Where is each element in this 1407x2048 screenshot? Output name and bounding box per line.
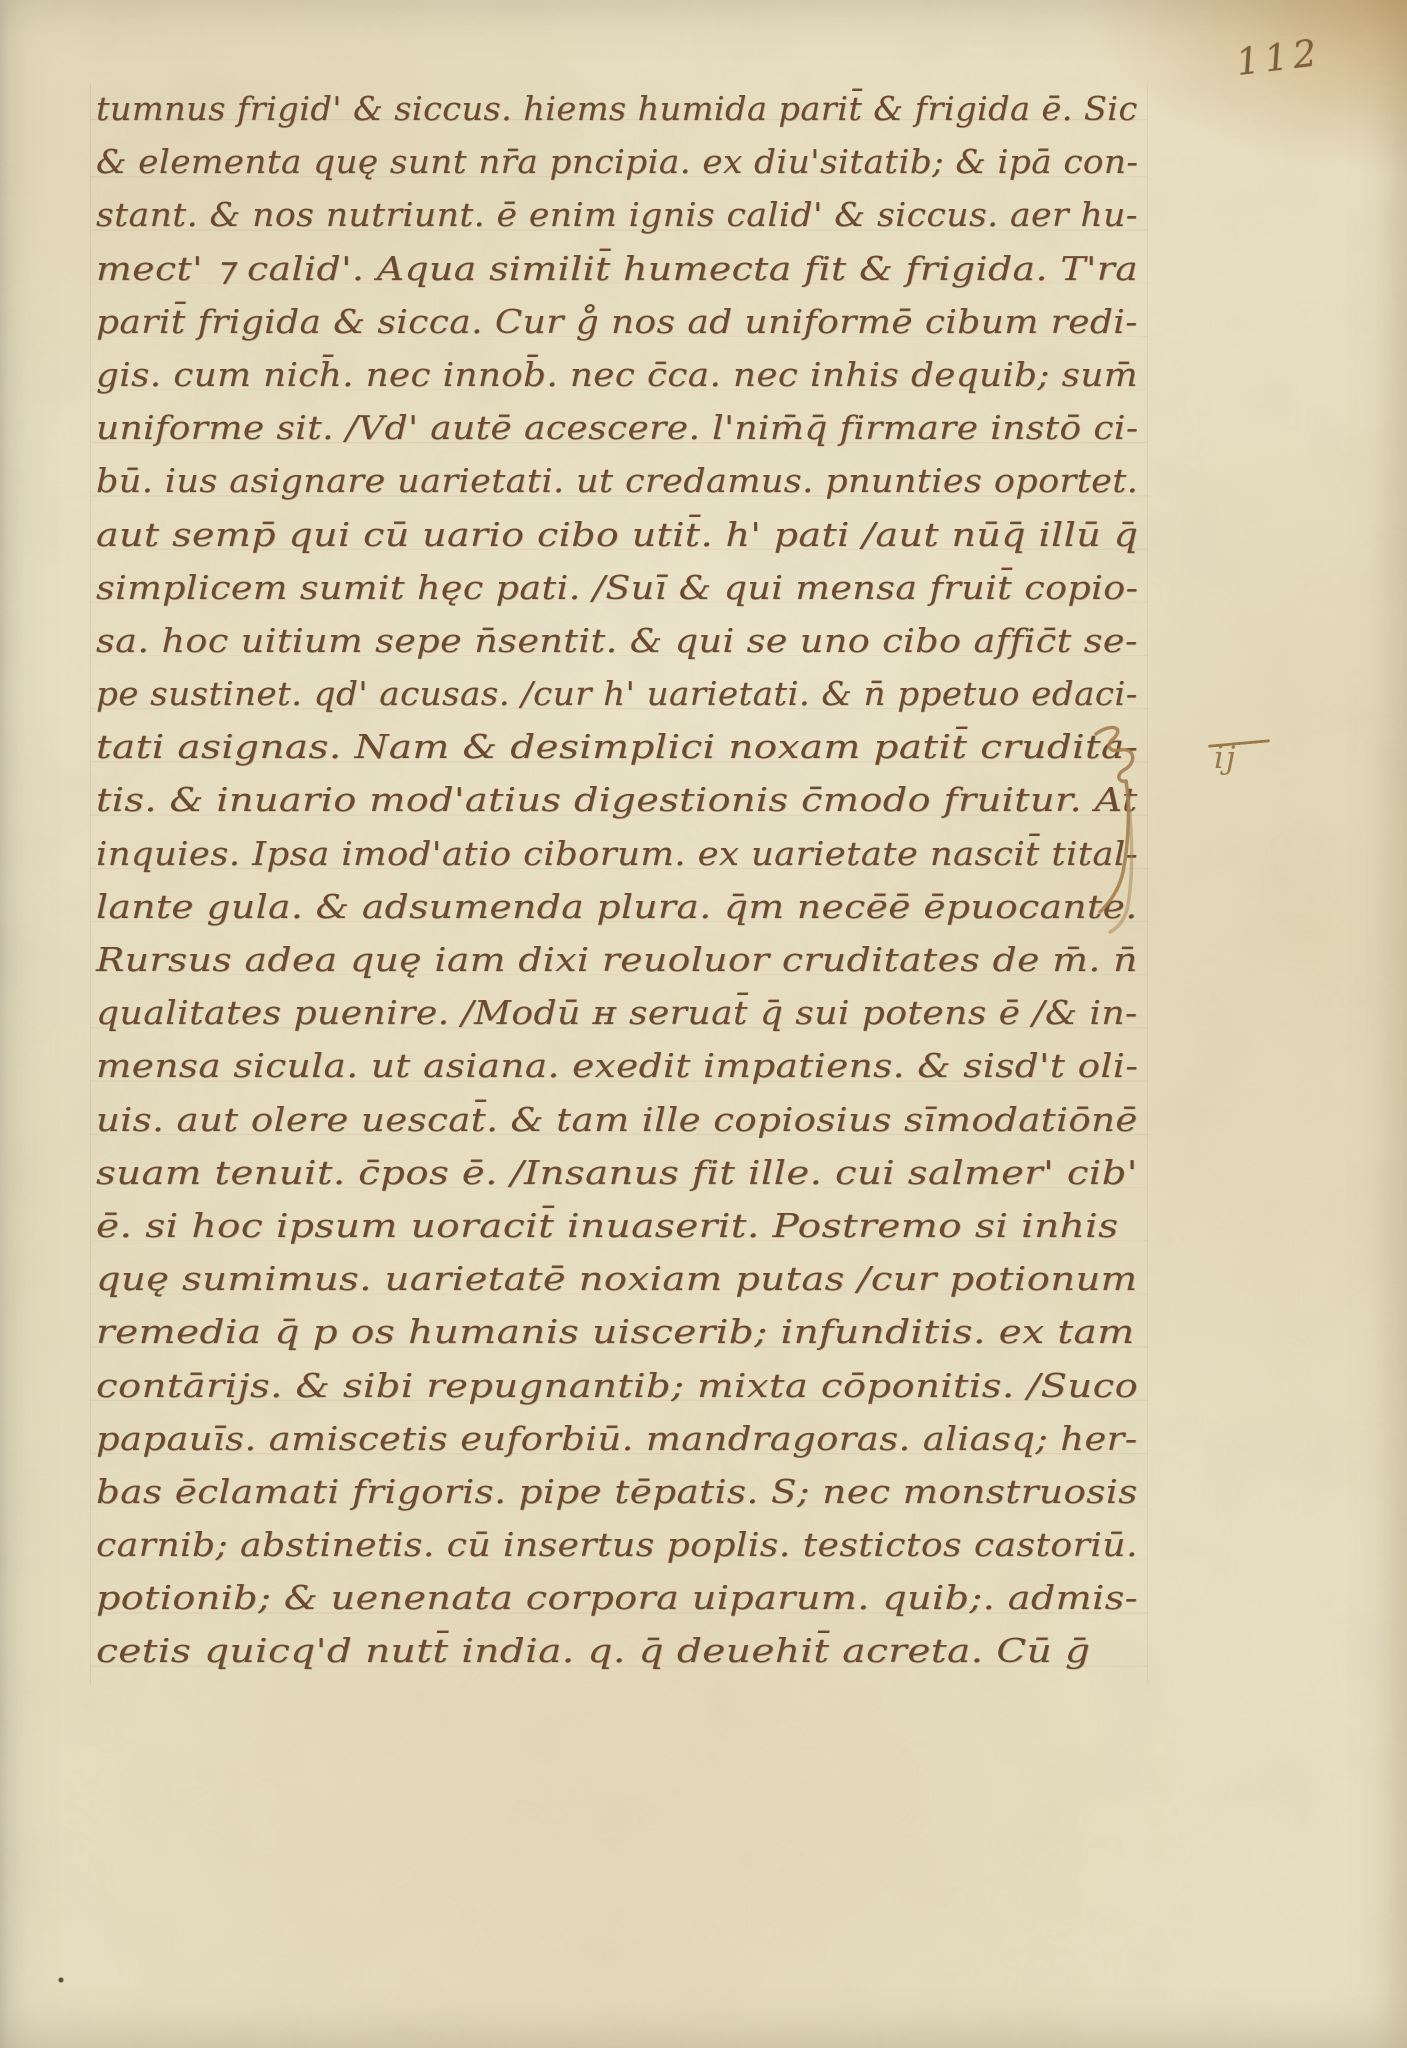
text-line: uniforme sit. /Vd' autē acescere. l'nim̄… [96,401,1138,454]
text-line: stant. & nos nutriunt. ē enim ignis cali… [96,188,1138,241]
text-line: aut semp̄ qui cū uario cibo utit̄. h' pa… [96,508,1138,561]
text-line: mensa sicula. ut asiana. exedit impatien… [96,1039,1138,1092]
text-line: cetis quicq'd nutt̄ india. q. q̄ deuehit… [96,1624,1090,1677]
text-line: carnib; abstinetis. cū insertus poplis. … [96,1518,1138,1571]
margin-note: ij [1206,726,1286,816]
text-line: quę sumimus. uarietatē noxiam putas /cur… [96,1252,1138,1305]
text-line: pe sustinet. qd' acusas. /cur h' uarieta… [96,667,1138,720]
text-line: mect' ⁊ calid'. Aqua similit̄ humecta fi… [96,242,1138,295]
text-line: uis. aut olere uescat̄. & tam ille copio… [96,1093,1138,1146]
text-line: papauīs. amiscetis euforbiū. mandragoras… [96,1412,1138,1465]
text-line: gis. cum nich̄. nec innob̄. nec c̄ca. ne… [96,348,1138,401]
manuscript-page: 112 tumnus frigid' & siccus. hiems humid… [0,0,1407,2048]
text-line: bū. ius asignare uarietati. ut credamus.… [96,454,1138,507]
text-line: qualitates puenire. /Modū ʜ seruat̄ q̄ s… [96,986,1138,1039]
text-line: tumnus frigid' & siccus. hiems humida pa… [96,82,1138,135]
text-line: Rursus adea quę iam dixi reuoluor crudit… [96,933,1138,986]
text-line: bas ēclamati frigoris. pipe tēpatis. S; … [96,1465,1138,1518]
text-line: lante gula. & adsumenda plura. q̄m necēē… [96,880,1138,933]
text-line: parit̄ frigida & sicca. Cur g̊ nos ad un… [96,295,1138,348]
margin-note-text: ij [1214,740,1238,776]
text-line: inquies. Ipsa imod'atio ciborum. ex uari… [96,827,1138,880]
text-line: tis. & inuario mod'atius digestionis c̄m… [96,773,1138,826]
text-line: & elementa quę sunt nr̄a pncipia. ex diu… [96,135,1138,188]
text-block: tumnus frigid' & siccus. hiems humida pa… [96,82,1120,1678]
text-line: potionib; & uenenata corpora uiparum. qu… [96,1571,1138,1624]
folio-number: 112 [1234,31,1324,84]
text-line: suam tenuit. c̄pos ē. /Insanus fit ille.… [96,1146,1138,1199]
text-line: sa. hoc uitium sepe n̄sentit. & qui se u… [96,614,1138,667]
text-line: contārijs. & sibi repugnantib; mixta cōp… [96,1359,1138,1412]
text-line: simplicem sumit hęc pati. /Suī & qui men… [96,561,1138,614]
text-line: ē. si hoc ipsum uoracit̄ inuaserit. Post… [96,1199,1119,1252]
text-line: tati asignas. Nam & desimplici noxam pat… [96,720,1138,773]
text-line: remedia q̄ p os humanis uiscerib; infund… [96,1305,1135,1358]
